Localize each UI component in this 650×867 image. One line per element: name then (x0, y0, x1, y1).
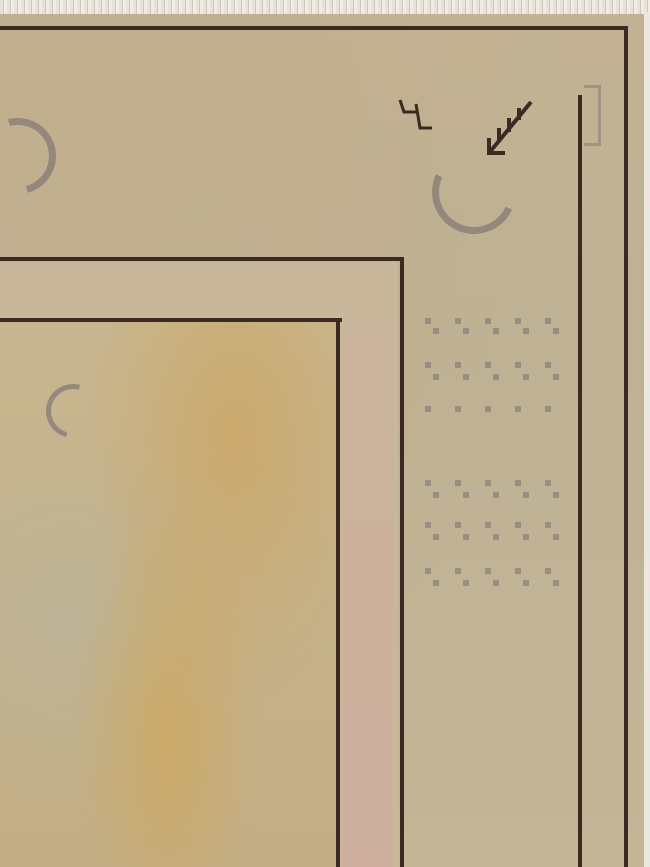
outer-border-line-top (0, 26, 628, 30)
branch-motif-small (396, 98, 432, 136)
rug-photo: Corner of an antique hand-knotted rug (0, 0, 650, 867)
branch-motif-large (485, 98, 535, 158)
field-line-right (336, 320, 340, 867)
guard-line-right (400, 259, 404, 867)
rug-side-edge (644, 12, 650, 867)
rug-fringe (0, 0, 650, 14)
guard-line-top (0, 257, 404, 261)
key-motif-fragment (584, 85, 601, 146)
outer-border-line-right (624, 28, 628, 867)
field-line-top (0, 318, 342, 322)
inner-border-line-right (578, 95, 582, 867)
guard-band-pink-tint (342, 330, 394, 867)
